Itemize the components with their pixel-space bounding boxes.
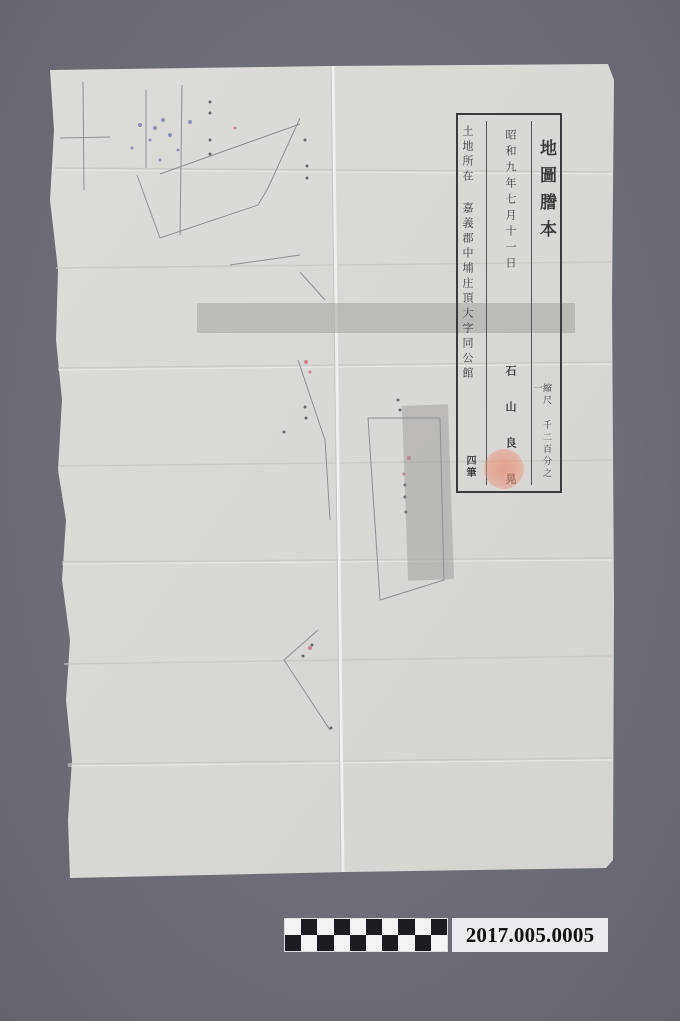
map-document: 地圖謄本 縮尺 千二百分之一 昭和九年七月十一日 石 山 良 晃 土地所在 嘉義… (0, 0, 680, 1021)
parcel-count: 四筆 (464, 455, 474, 491)
land-location: 土地所在 嘉義郡中埔庄頂大字同公館 (462, 125, 473, 491)
scale-bar-checker (284, 918, 448, 952)
accession-label: 2017.005.0005 (284, 918, 608, 952)
accession-number: 2017.005.0005 (452, 918, 608, 952)
map-paper-sheet (0, 0, 680, 1021)
scale-label: 縮尺 千二百分之一 (532, 383, 550, 491)
red-seal-stamp (484, 449, 524, 489)
title-cartouche: 地圖謄本 縮尺 千二百分之一 昭和九年七月十一日 石 山 良 晃 土地所在 嘉義… (456, 113, 562, 493)
cartouche-divider (486, 121, 487, 485)
tape-strip-vertical (402, 404, 454, 580)
